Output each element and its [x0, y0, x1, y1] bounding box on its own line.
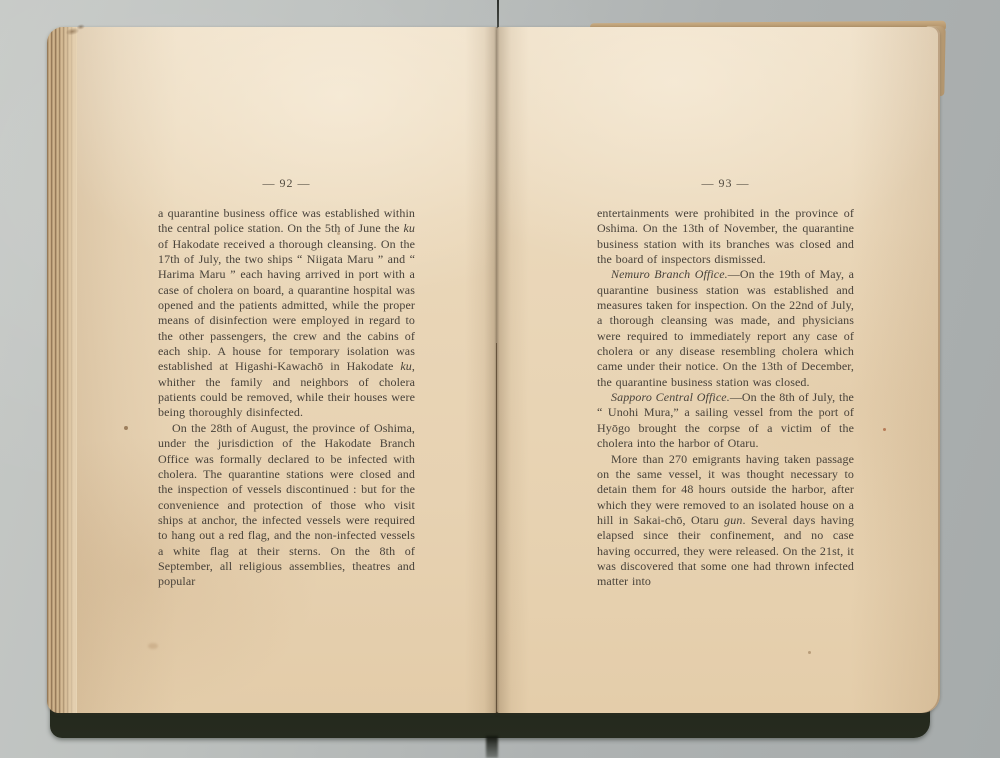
page-93-body: entertainments were prohibited in the pr… — [597, 206, 854, 590]
page-number-92: — 92 — — [158, 176, 415, 191]
paragraph: Sapporo Central Office.—On the 8th of Ju… — [597, 390, 854, 451]
italic-text: Nemuro Branch Office. — [611, 267, 728, 281]
paragraph: Nemuro Branch Office.—On the 19th of May… — [597, 267, 854, 390]
cradle-string-top — [497, 0, 499, 29]
page-92-text-column: — 92 — a quarantine business office was … — [158, 176, 415, 590]
page-93-text-column: — 93 — entertainments were prohibited in… — [597, 176, 854, 590]
body-text: On the 28th of August, the province of O… — [158, 421, 415, 588]
book-page-92: — 92 — a quarantine business office was … — [47, 27, 497, 713]
italic-text: gun — [724, 513, 742, 527]
photo-backdrop: — 92 — a quarantine business office was … — [0, 0, 1000, 758]
italic-text: ku — [400, 359, 412, 373]
page-92-body: a quarantine business office was establi… — [158, 206, 415, 590]
cradle-shadow-bottom — [486, 736, 498, 758]
page-number-93: — 93 — — [597, 176, 854, 191]
italic-text: ku — [403, 221, 415, 235]
paragraph: More than 270 emigrants having taken pas… — [597, 452, 854, 590]
paragraph: a quarantine business office was establi… — [158, 206, 415, 421]
body-text: —On the 19th of May, a quarantine busine… — [597, 267, 854, 388]
book-page-93: — 93 — entertainments were prohibited in… — [497, 27, 940, 713]
body-text: of Hakodate received a thorough cleansin… — [158, 237, 415, 374]
body-text: a quarantine business office was establi… — [158, 206, 415, 235]
paragraph: entertainments were prohibited in the pr… — [597, 206, 854, 267]
page-fore-edges — [47, 27, 77, 713]
body-text: entertainments were prohibited in the pr… — [597, 206, 854, 266]
paragraph: On the 28th of August, the province of O… — [158, 421, 415, 590]
italic-text: Sapporo Central Office. — [611, 390, 730, 404]
